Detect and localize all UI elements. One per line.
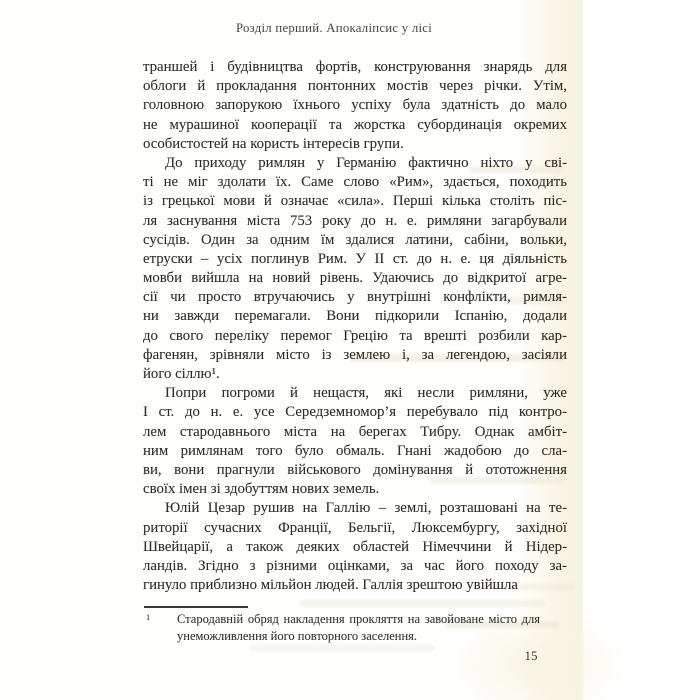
text-line: ни завжди перемагали. Вони підкорили Ісп… bbox=[143, 307, 567, 326]
running-head: Розділ перший. Апокаліпсис у лісі bbox=[144, 21, 568, 36]
bleedthrough-mark bbox=[250, 645, 435, 651]
text-line: ландів. Згідно з різними оцінками, за ча… bbox=[143, 557, 567, 576]
text-line: фагенян, зрівняли місто із землею і, за … bbox=[143, 346, 567, 365]
text-line: ним римлянам того було обмаль. Гнані жад… bbox=[143, 442, 567, 461]
text-line: своїх імен зі здобуттям нових земель. bbox=[143, 480, 567, 499]
text-line: особистостей на користь інтересів групи. bbox=[143, 135, 567, 154]
text-line: не мурашиної кооперації та жорстка субор… bbox=[143, 116, 567, 135]
footnote-line: 1Стародавній обряд накладення прокляття … bbox=[144, 611, 540, 628]
footnote-marker: 1 bbox=[146, 611, 150, 623]
text-line: головною запорукою їхнього успіху була з… bbox=[143, 96, 567, 115]
text-line: Юлій Цезар рушив на Галлію – землі, розт… bbox=[143, 499, 567, 518]
page-number: 15 bbox=[518, 648, 544, 664]
text-line: І ст. до н. е. усе Середземномор’я переб… bbox=[143, 403, 567, 422]
text-line: риторії сучасних Франції, Бельгії, Люксе… bbox=[143, 519, 567, 538]
footnote-separator-rule bbox=[144, 606, 248, 608]
text-line: його сіллю¹. bbox=[143, 365, 567, 384]
text-line: із грецької мови й означає «сила». Перші… bbox=[143, 192, 567, 211]
footnote-line: унеможливлення його повторного заселення… bbox=[144, 628, 540, 645]
book-page-scan: Розділ перший. Апокаліпсис у лісі транше… bbox=[0, 0, 700, 700]
text-line: лем стародавнього міста на берегах Тибру… bbox=[143, 423, 567, 442]
footnote: 1Стародавній обряд накладення прокляття … bbox=[144, 611, 540, 644]
text-line: сії чи просто втручаючись у внутрішні ко… bbox=[143, 288, 567, 307]
bleedthrough-mark bbox=[300, 600, 545, 607]
text-line: ви, вони прагнули військового домінуванн… bbox=[143, 461, 567, 480]
text-line: Швейцарії, а також деяких областей Німеч… bbox=[143, 538, 567, 557]
text-line: облоги й прокладання понтонних мостів че… bbox=[143, 77, 567, 96]
text-line: етруски – усіх поглинув Рим. У ІІ ст. до… bbox=[143, 250, 567, 269]
text-line: до свого переліку перемог Грецію та вреш… bbox=[143, 327, 567, 346]
text-line: траншей і будівництва фортів, конструюва… bbox=[143, 58, 567, 77]
text-line: гинуло приблизно мільйон людей. Галлія з… bbox=[143, 576, 567, 595]
text-line: До приходу римлян у Германію фактично ні… bbox=[143, 154, 567, 173]
text-line: сусідів. Один за одним їм здалися латини… bbox=[143, 231, 567, 250]
text-line: ля заснування міста 753 року до н. е. ри… bbox=[143, 212, 567, 231]
text-line: мовби вийшла на новий рівень. Удаючись д… bbox=[143, 269, 567, 288]
body-text: траншей і будівництва фортів, конструюва… bbox=[143, 58, 567, 595]
text-line: Попри погроми й нещастя, які несли римля… bbox=[143, 384, 567, 403]
text-line: ті не міг здолати їх. Саме слово «Рим», … bbox=[143, 173, 567, 192]
